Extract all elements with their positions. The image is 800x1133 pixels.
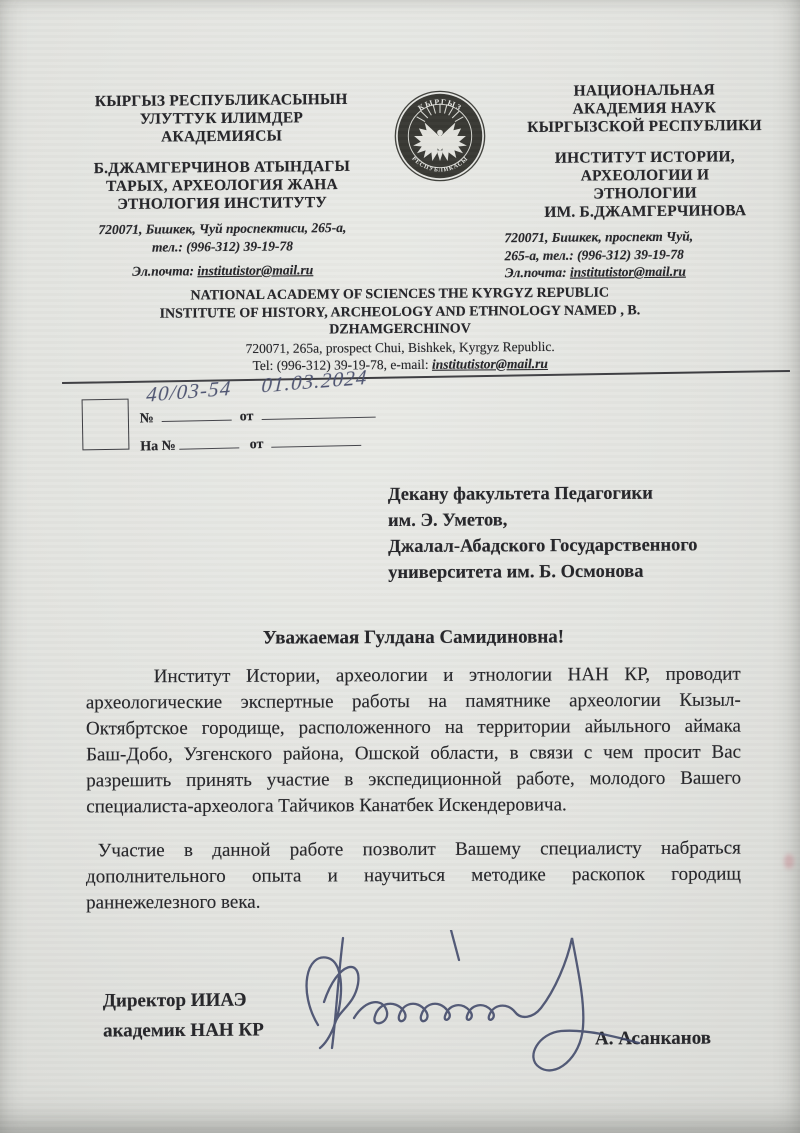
letterhead-left: КЫРГЫЗ РЕСПУБЛИКАСЫНЫН УЛУТТУК ИЛИМДЕР А… xyxy=(61,91,383,281)
email-label: Эл.почта: xyxy=(505,265,570,281)
from-label: от xyxy=(250,437,264,452)
body-line: раннежелезного века. xyxy=(86,888,741,917)
letterhead-english-tel-line: Tel: (996-312) 39-19-78, e-mail: institu… xyxy=(98,353,702,374)
email-address: institutistor@mail.ru xyxy=(432,355,548,371)
number-blank-line xyxy=(162,407,232,422)
body-line: Участие в данной работе позволит Вашему … xyxy=(86,836,741,865)
scan-artifact xyxy=(784,854,794,869)
body-line: Октябртское городище, расположенного на … xyxy=(86,714,741,743)
letterhead-left-org-line: КЫРГЫЗ РЕСПУБЛИКАСЫНЫН xyxy=(61,91,381,112)
body-line: дополнительного опыта и научиться методи… xyxy=(86,862,741,891)
recipient-line: университета им. Б. Осмонова xyxy=(388,558,768,586)
signoff-title-line: Директор ИИАЭ xyxy=(103,985,264,1016)
body-paragraph-1: Институт Истории, археологии и этнологии… xyxy=(86,662,742,821)
body-line: Баш-Добо, Узгенского района, Ошской обла… xyxy=(86,740,741,769)
email-label: Эл.почта: xyxy=(132,263,197,279)
email-address: institutistor@mail.ru xyxy=(570,264,686,280)
signoff-titles: Директор ИИАЭ академик НАН КР xyxy=(103,985,264,1046)
body-line: Институт Истории, археологии и этнологии… xyxy=(86,662,741,691)
recipient-line: Декану факультета Педагогики xyxy=(388,480,768,508)
number-blank-line xyxy=(179,434,239,449)
reply-to-number-label: На № xyxy=(140,439,176,455)
letterhead-right: НАЦИОНАЛЬНАЯ АКАДЕМИЯ НАУК КЫРГЫЗСКОЙ РЕ… xyxy=(491,81,799,282)
body-paragraph-2: Участие в данной работе позволит Вашему … xyxy=(86,836,741,917)
recipient-line: им. Э. Уметов, xyxy=(388,506,768,534)
kyrgyz-state-emblem-icon: КЫРГЫЗ РЕСПУБЛИКАСЫ xyxy=(392,88,488,184)
date-blank-line xyxy=(261,404,375,420)
letterhead-left-address-line: 720071, Бишкек, Чуй проспектиси, 265-а, xyxy=(62,219,382,239)
scanned-letter-page: КЫРГЫЗ РЕСПУБЛИКАСЫНЫН УЛУТТУК ИЛИМДЕР А… xyxy=(0,0,800,1133)
number-sign-label: № xyxy=(140,411,154,426)
letterhead-left-institute-line: ТАРЫХ, АРХЕОЛОГИЯ ЖАНА xyxy=(62,176,382,197)
incoming-number-row: На №от xyxy=(140,431,381,464)
recipient-block: Декану факультета Педагогики им. Э. Умет… xyxy=(388,480,769,586)
from-label: от xyxy=(240,409,254,424)
body-line: археологические экспертные работы на пам… xyxy=(86,688,741,717)
stamp-box xyxy=(82,399,130,451)
body-line: специалиста-археолога Тайчиков Канатбек … xyxy=(86,792,741,821)
reference-fields: №от На №от xyxy=(139,403,380,464)
email-address: institutistor@mail.ru xyxy=(197,262,313,278)
letterhead-right-email-line: Эл.почта: institutistor@mail.ru xyxy=(505,262,799,282)
signoff-title-line: академик НАН КР xyxy=(103,1015,264,1046)
salutation: Уважаемая Гулдана Самидиновна! xyxy=(86,626,741,650)
letterhead-right-org-line: КЫРГЫЗСКОЙ РЕСПУБЛИКИ xyxy=(491,117,797,138)
letterhead-english: NATIONAL ACADEMY OF SCIENCES THE KYRGYZ … xyxy=(98,284,703,375)
letterhead-left-email-line: Эл.почта: institutistor@mail.ru xyxy=(63,261,383,281)
handwritten-signature xyxy=(288,930,668,1082)
body-line: разрешить принять участие в экспедиционн… xyxy=(86,766,741,795)
date-blank-line xyxy=(271,432,361,448)
recipient-line: Джалал-Абадского Государственного xyxy=(388,532,768,560)
